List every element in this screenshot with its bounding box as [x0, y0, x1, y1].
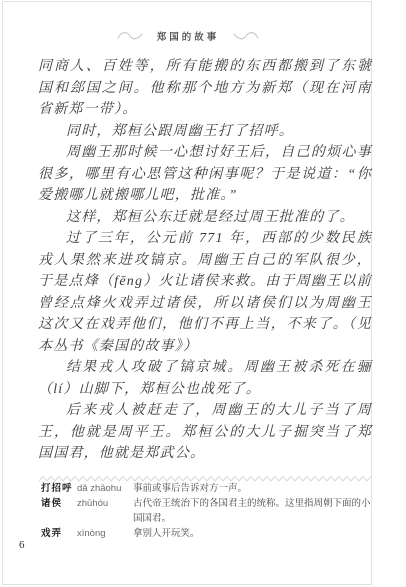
page-title: 郑国的故事	[157, 29, 220, 43]
footnote-row: 戏弄 xìnòng 拿别人开玩笑。	[41, 526, 371, 541]
footnote-pinyin: xìnòng	[77, 526, 133, 541]
footnote-term: 戏弄	[41, 526, 77, 541]
footnote-definition: 古代帝王统治下的各国君主的统称。这里指周朝下面的小国国君。	[133, 496, 371, 526]
page-number: 6	[19, 539, 25, 551]
swirl-left-icon	[117, 30, 143, 42]
footnote-definition: 事前或事后告诉对方一声。	[133, 481, 371, 496]
body-paragraph: 后来戎人被赶走了，周幽王的大儿子当了周王，他就是周平王。郑桓公的大儿子掘突当了郑…	[38, 400, 372, 465]
footnote-pinyin: zhūhóu	[77, 496, 133, 511]
footnote-term: 诸侯	[41, 496, 77, 511]
footnote-row: 打招呼 dǎ zhāohu 事前或事后告诉对方一声。	[41, 481, 371, 496]
footnote-divider	[39, 470, 373, 478]
body-text: 同商人、百姓等，所有能搬的东西都搬到了东虢国和郐国之间。他称那个地方为新郑（现在…	[38, 56, 372, 465]
book-page: 郑国的故事 同商人、百姓等，所有能搬的东西都搬到了东虢国和郐国之间。他称那个地方…	[2, 1, 372, 585]
body-paragraph: 同时，郑桓公跟周幽王打了招呼。	[38, 121, 372, 143]
body-paragraph: 结果戎人攻破了镐京城。周幽王被杀死在骊（lí）山脚下，郑桓公也战死了。	[38, 357, 372, 400]
page-header: 郑国的故事	[3, 29, 373, 43]
body-paragraph: 周幽王那时候一心想讨好王后，自己的烦心事很多，哪里有心思管这种闲事呢？于是说道：…	[38, 142, 372, 207]
footnote-glossary: 打招呼 dǎ zhāohu 事前或事后告诉对方一声。 诸侯 zhūhóu 古代帝…	[41, 481, 371, 541]
footnote-pinyin: dǎ zhāohu	[77, 481, 133, 496]
body-paragraph: 过了三年，公元前 771 年，西部的少数民族戎人果然来进攻镐京。周幽王自己的军队…	[38, 228, 372, 357]
swirl-right-icon	[233, 30, 259, 42]
footnote-term: 打招呼	[41, 481, 77, 496]
body-paragraph: 这样，郑桓公东迁就是经过周王批准的了。	[38, 207, 372, 229]
footnote-definition: 拿别人开玩笑。	[133, 526, 371, 541]
footnote-row: 诸侯 zhūhóu 古代帝王统治下的各国君主的统称。这里指周朝下面的小国国君。	[41, 496, 371, 526]
body-paragraph: 同商人、百姓等，所有能搬的东西都搬到了东虢国和郐国之间。他称那个地方为新郑（现在…	[38, 56, 372, 121]
